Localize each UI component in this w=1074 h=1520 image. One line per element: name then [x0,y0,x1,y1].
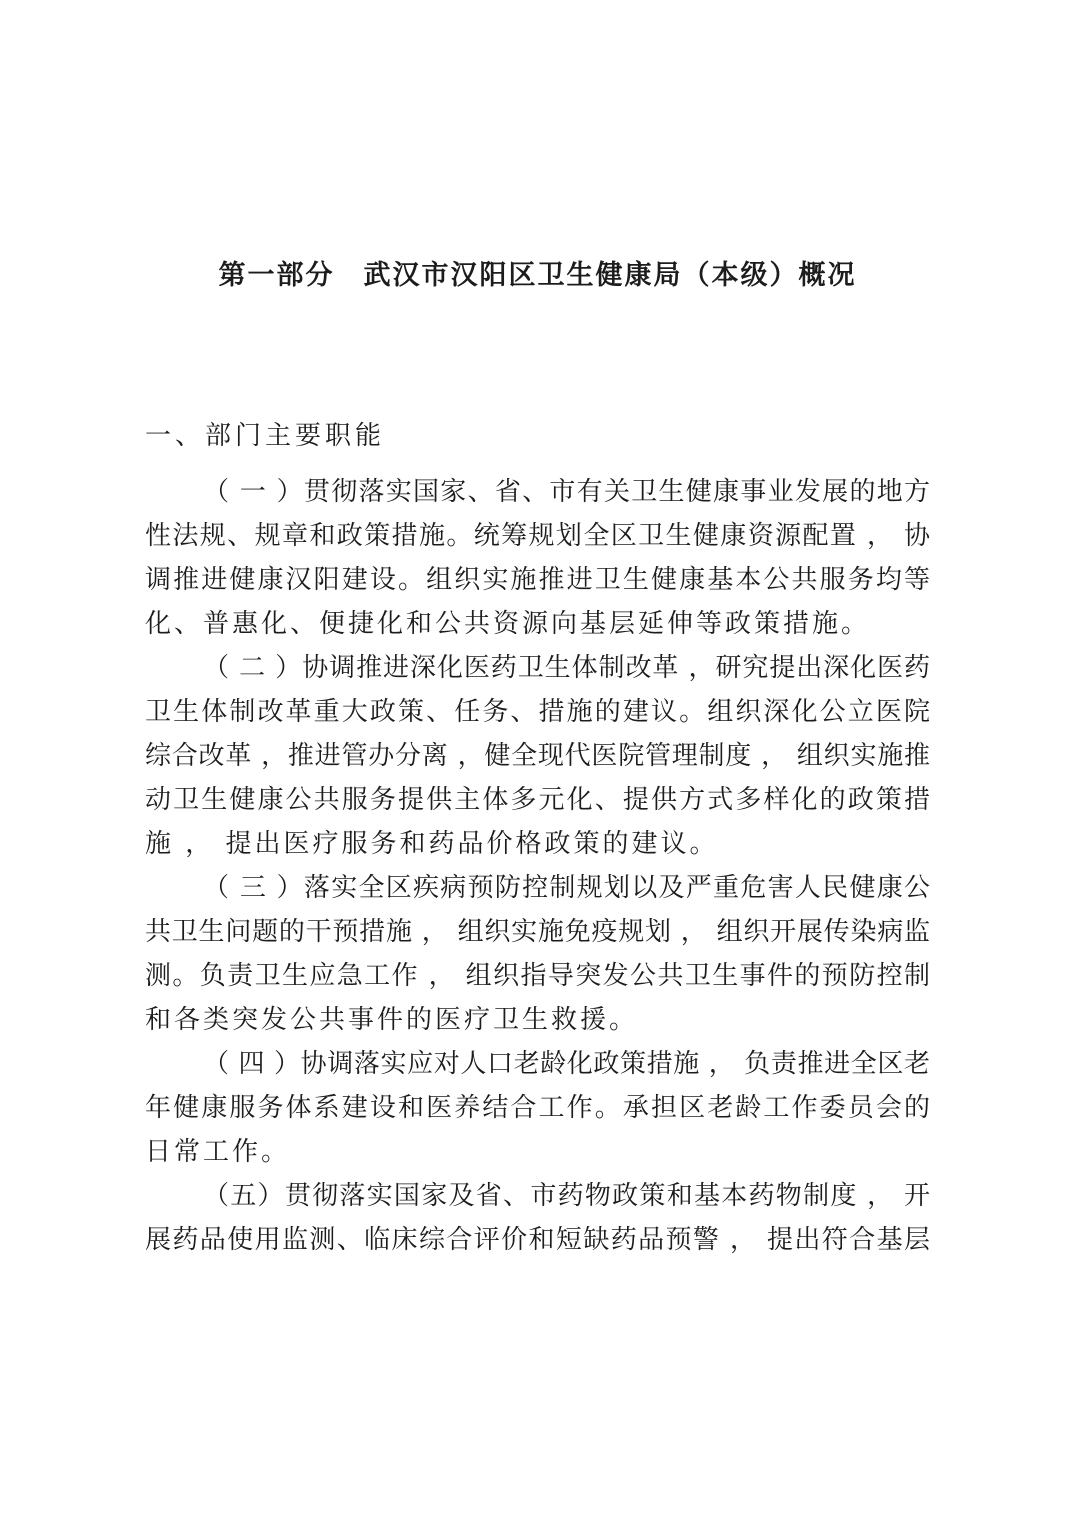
paragraph: （五）贯彻落实国家及省、市药物政策和基本药物制度 ， 开 展药品使用监测、临床综… [145,1174,930,1262]
paragraph-line: 卫生体制改革重大政策、任务、措施的建议。组织深化公立医院 [145,690,930,734]
paragraph-line: 调推进健康汉阳建设。组织实施推进卫生健康基本公共服务均等 [145,558,930,602]
paragraph-line: 和各类突发公共事件的医疗卫生救援。 [145,998,930,1042]
document-page: 第一部分 武汉市汉阳区卫生健康局（本级）概况 一、部门主要职能 （ 一 ）贯彻落… [0,0,1074,1520]
paragraph-line: 共卫生问题的干预措施 ， 组织实施免疫规划 ， 组织开展传染病监 [145,910,930,954]
paragraph-line: 性法规、规章和政策措施。统筹规划全区卫生健康资源配置 ， 协 [145,514,930,558]
document-body: （ 一 ）贯彻落实国家、省、市有关卫生健康事业发展的地方 性法规、规章和政策措施… [145,470,930,1262]
paragraph-line: 化、普惠化、便捷化和公共资源向基层延伸等政策措施。 [145,602,930,646]
paragraph: （ 一 ）贯彻落实国家、省、市有关卫生健康事业发展的地方 性法规、规章和政策措施… [145,470,930,646]
paragraph-line: （ 二 ）协调推进深化医药卫生体制改革 ，研究提出深化医药 [145,646,930,690]
paragraph-line: 年健康服务体系建设和医养结合工作。承担区老龄工作委员会的 [145,1086,930,1130]
document-title: 第一部分 武汉市汉阳区卫生健康局（本级）概况 [145,254,930,298]
paragraph: （ 二 ）协调推进深化医药卫生体制改革 ，研究提出深化医药 卫生体制改革重大政策… [145,646,930,866]
paragraph-line: 综合改革 ，推进管办分离 ，健全现代医院管理制度 ， 组织实施推 [145,734,930,778]
paragraph-line: 展药品使用监测、临床综合评价和短缺药品预警 ， 提出符合基层 [145,1218,930,1262]
paragraph-line: （五）贯彻落实国家及省、市药物政策和基本药物制度 ， 开 [145,1174,930,1218]
paragraph: （ 四 ）协调落实应对人口老龄化政策措施 ， 负责推进全区老 年健康服务体系建设… [145,1042,930,1174]
paragraph-line: （ 一 ）贯彻落实国家、省、市有关卫生健康事业发展的地方 [145,470,930,514]
paragraph-line: （ 三 ）落实全区疾病预防控制规划以及严重危害人民健康公 [145,866,930,910]
document-content: 第一部分 武汉市汉阳区卫生健康局（本级）概况 一、部门主要职能 （ 一 ）贯彻落… [145,0,930,1262]
paragraph-line: 日常工作。 [145,1130,930,1174]
paragraph-line: 施 ， 提出医疗服务和药品价格政策的建议。 [145,822,930,866]
section-heading: 一、部门主要职能 [145,414,930,458]
paragraph: （ 三 ）落实全区疾病预防控制规划以及严重危害人民健康公 共卫生问题的干预措施 … [145,866,930,1042]
paragraph-line: （ 四 ）协调落实应对人口老龄化政策措施 ， 负责推进全区老 [145,1042,930,1086]
paragraph-line: 测。负责卫生应急工作 ， 组织指导突发公共卫生事件的预防控制 [145,954,930,998]
paragraph-line: 动卫生健康公共服务提供主体多元化、提供方式多样化的政策措 [145,778,930,822]
